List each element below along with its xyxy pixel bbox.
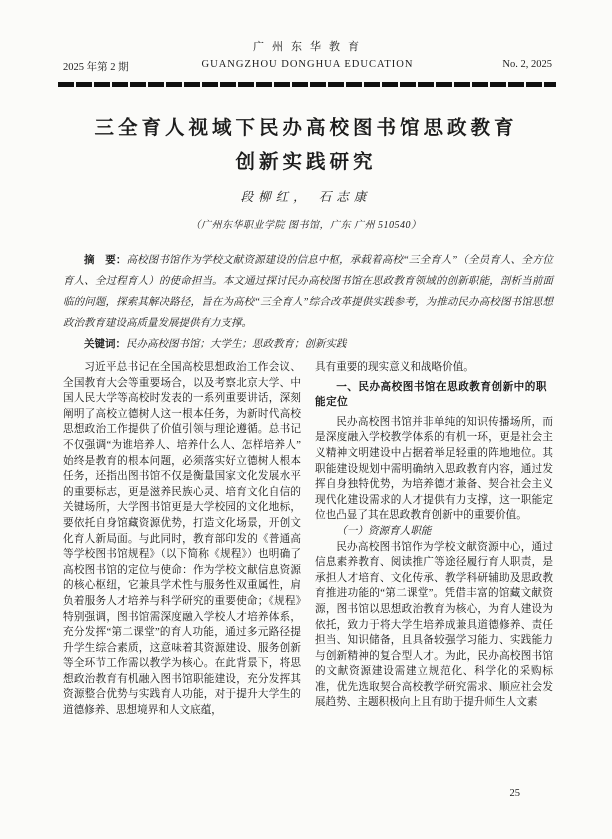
authors: 段柳红， 石志康 — [0, 187, 612, 205]
article-title-line1: 三全育人视域下民办高校图书馆思政教育 — [0, 112, 612, 140]
section-heading-1: 一、民办高校图书馆在思政教育创新中的职能定位 — [315, 380, 553, 411]
article-title-line2: 创新实践研究 — [0, 146, 612, 174]
body-column-right: 具有重要的现实意义和战略价值。 一、民办高校图书馆在思政教育创新中的职能定位 民… — [315, 360, 553, 711]
intro-paragraph-continuation: 具有重要的现实意义和战略价值。 — [315, 360, 553, 376]
subsection-heading-1-1: （一）资源育人职能 — [315, 524, 553, 540]
abstract-label: 摘 要： — [84, 254, 127, 266]
section-1-paragraph: 民办高校图书馆并非单纯的知识传播场所，而是深度融入学校教学体系的有机一环，更是社… — [315, 415, 553, 524]
intro-paragraph: 习近平总书记在全国高校思想政治工作会议、全国教育大会等重要场合，以及考察北京大学… — [63, 360, 301, 719]
journal-page: 广州东华教育 2025 年第 2 期 GUANGZHOU DONGHUA EDU… — [0, 0, 612, 839]
abstract: 摘 要：高校图书馆作为学校文献资源建设的信息中枢，承载着高校“三全育人”（全员育… — [63, 250, 553, 334]
header-divider-rule — [58, 82, 556, 87]
journal-title-cn: 广州东华教育 — [0, 38, 612, 54]
body-column-left: 习近平总书记在全国高校思想政治工作会议、全国教育大会等重要场合，以及考察北京大学… — [63, 360, 301, 719]
keywords: 关键词：民办高校图书馆；大学生；思政教育；创新实践 — [63, 334, 553, 355]
keywords-text: 民办高校图书馆；大学生；思政教育；创新实践 — [126, 339, 347, 350]
abstract-text: 高校图书馆作为学校文献资源建设的信息中枢，承载着高校“三全育人”（全员育人、全方… — [63, 255, 553, 329]
subsection-1-1-paragraph: 民办高校图书馆作为学校文献资源中心，通过信息素养教育、阅读推广等途径履行育人职责… — [315, 540, 553, 712]
issue-info-en: No. 2, 2025 — [502, 59, 552, 70]
affiliation: （广州东华职业学院 图书馆，广东 广州 510540） — [0, 216, 612, 231]
journal-title-en: GUANGZHOU DONGHUA EDUCATION — [63, 59, 552, 70]
page-number: 25 — [510, 788, 521, 799]
keywords-label: 关键词： — [84, 338, 126, 350]
